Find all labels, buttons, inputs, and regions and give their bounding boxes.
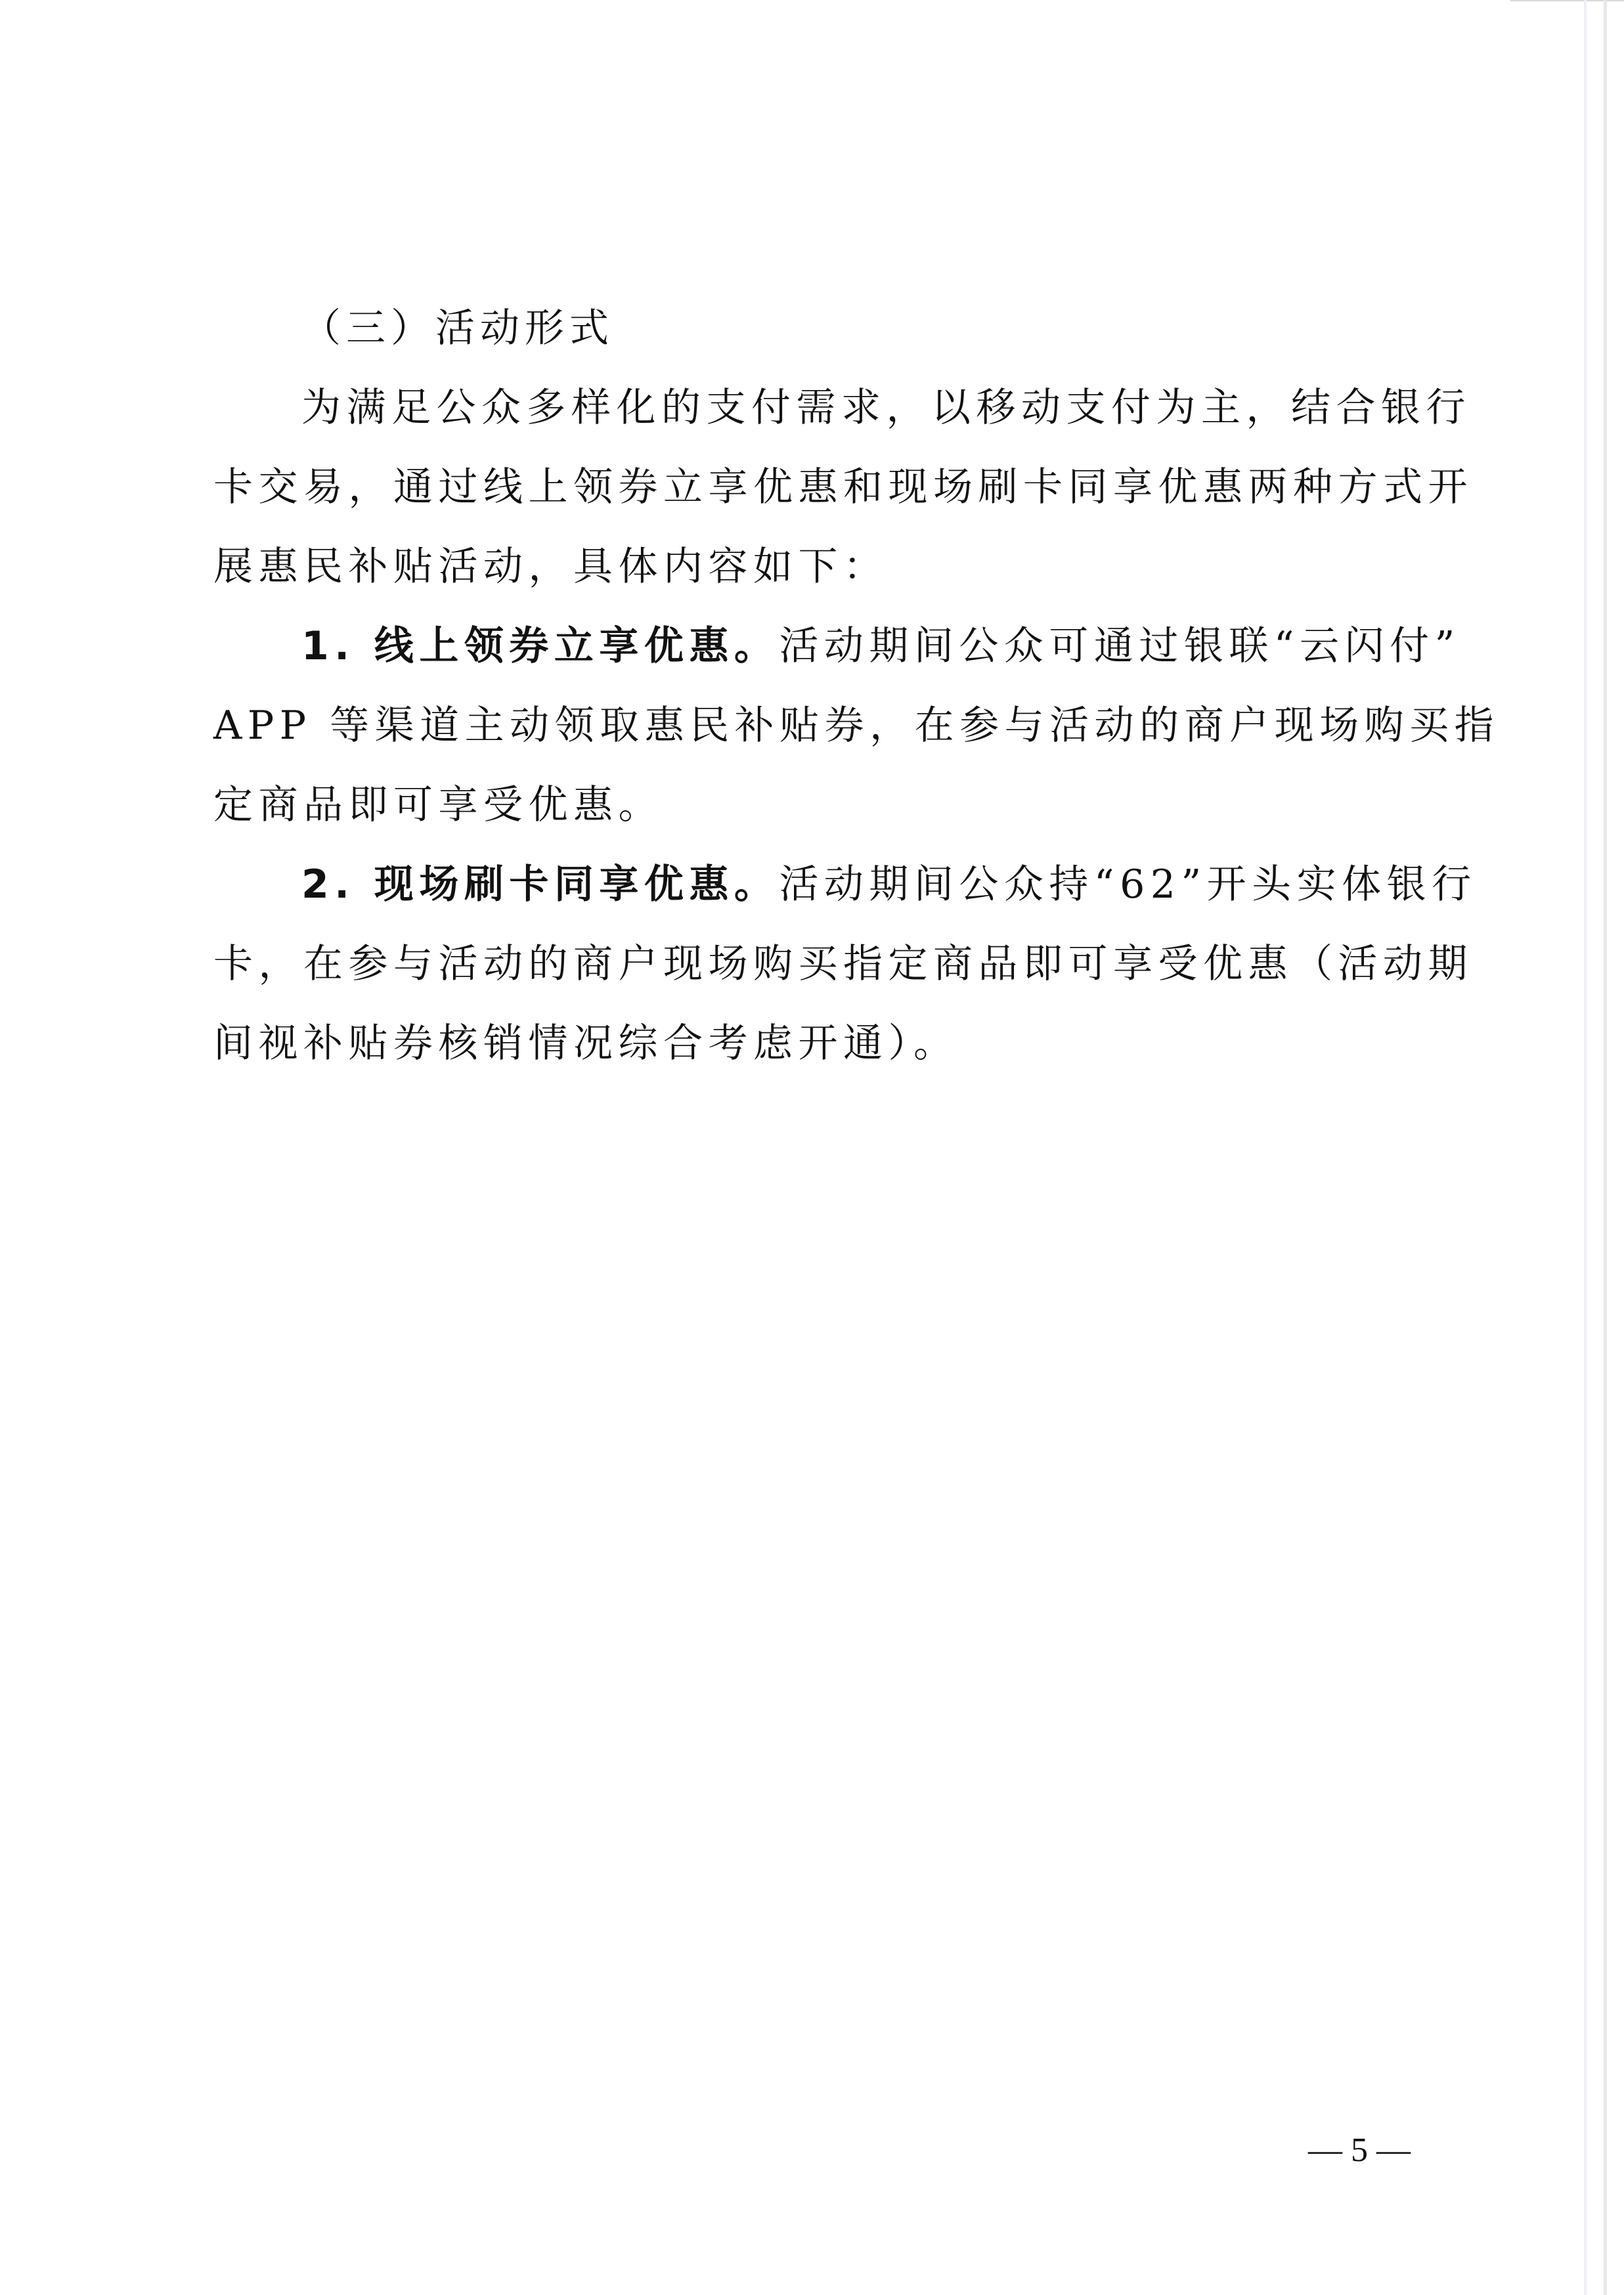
paragraph-online-coupon: 1. 线上领券立享优惠。活动期间公众可通过银联“云闪付” APP 等渠道主动领取… (213, 607, 1422, 845)
section-heading: （三）活动形式 (213, 289, 1422, 368)
paragraph-line: 卡交易，通过线上领券立享优惠和现场刷卡同享优惠两种方式开 (213, 448, 1422, 527)
item-title-card-swipe: 2. 现场刷卡同享优惠。 (301, 862, 779, 907)
paragraph-line: APP 等渠道主动领取惠民补贴券，在参与活动的商户现场购买指 (213, 686, 1422, 766)
paragraph-line: 2. 现场刷卡同享优惠。活动期间公众持“62”开头实体银行 (213, 845, 1422, 925)
paragraph-line: 间视补贴券核销情况综合考虑开通）。 (213, 1004, 1422, 1083)
paragraph-line: 展惠民补贴活动，具体内容如下： (213, 527, 1422, 607)
scan-artifact-edge (1584, 0, 1587, 2295)
item-title-online-coupon: 1. 线上领券立享优惠。 (301, 623, 779, 669)
document-body: （三）活动形式 为满足公众多样化的支付需求，以移动支付为主，结合银行 卡交易，通… (213, 289, 1422, 1083)
page-number: — 5 — (1287, 2131, 1432, 2170)
scan-artifact-edge (1604, 0, 1607, 2295)
paragraph-card-swipe: 2. 现场刷卡同享优惠。活动期间公众持“62”开头实体银行 卡，在参与活动的商户… (213, 845, 1422, 1083)
paragraph-line: 卡，在参与活动的商户现场购买指定商品即可享受优惠（活动期 (213, 925, 1422, 1004)
paragraph-line: 定商品即可享受优惠。 (213, 766, 1422, 845)
item-text: 活动期间公众可通过银联“云闪付” (779, 623, 1460, 669)
item-text: 活动期间公众持“62”开头实体银行 (779, 862, 1476, 907)
paragraph-line: 为满足公众多样化的支付需求，以移动支付为主，结合银行 (213, 368, 1422, 448)
document-page: （三）活动形式 为满足公众多样化的支付需求，以移动支付为主，结合银行 卡交易，通… (0, 0, 1624, 2295)
scan-artifact-top (1510, 0, 1624, 1)
paragraph-intro: 为满足公众多样化的支付需求，以移动支付为主，结合银行 卡交易，通过线上领券立享优… (213, 368, 1422, 607)
paragraph-line: 1. 线上领券立享优惠。活动期间公众可通过银联“云闪付” (213, 607, 1422, 686)
